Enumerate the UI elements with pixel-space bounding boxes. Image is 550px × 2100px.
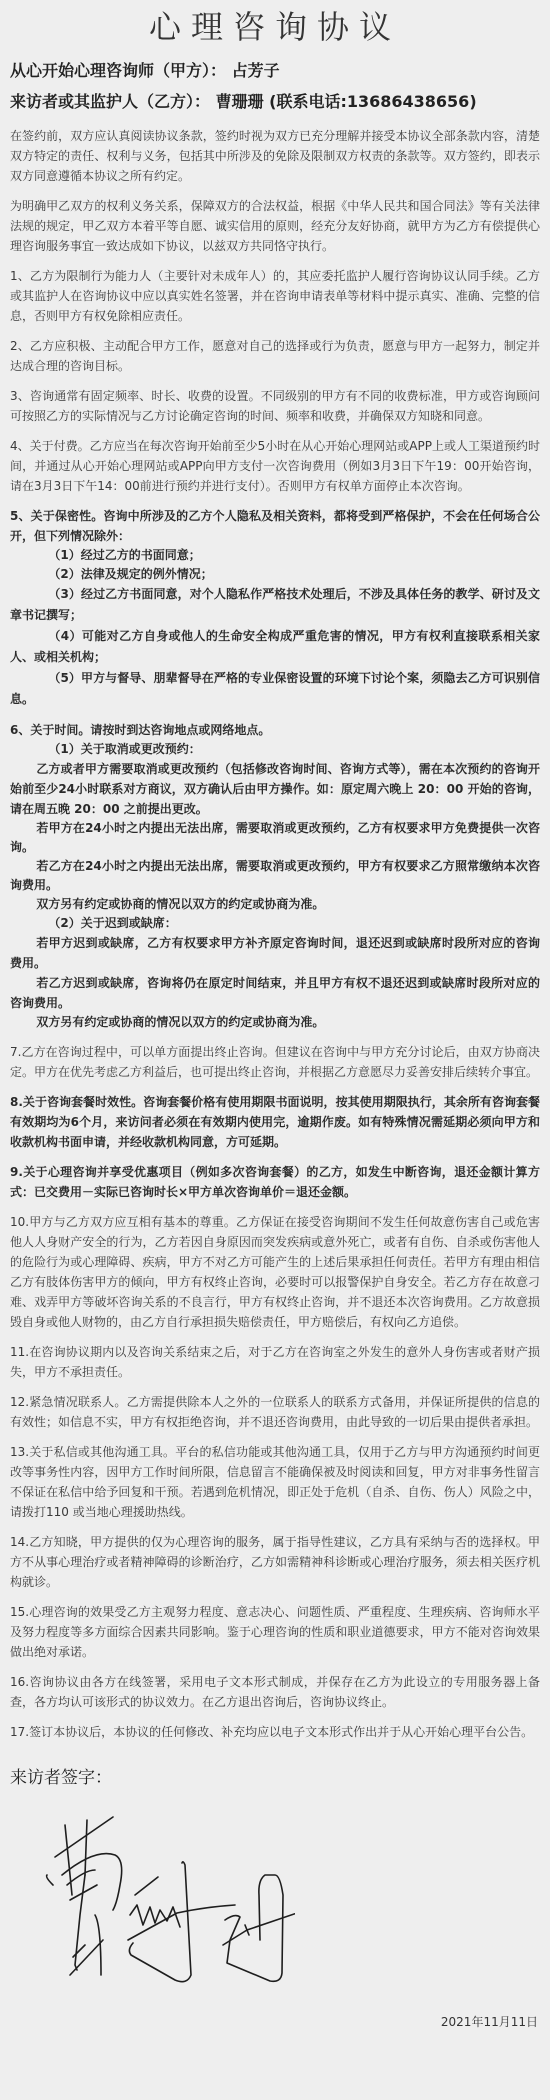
- agreement-document: 心理咨询协议 从心开始心理咨询师（甲方）： 占芳子 来访者或其监护人（乙方）： …: [0, 0, 550, 1790]
- clause-9-refund: 9.关于心理咨询并享受优惠项目（例如多次咨询套餐）的乙方，如发生中断咨询，退还金…: [10, 1162, 540, 1202]
- clause-12-emergency-contact: 12.紧急情况联系人。乙方需提供除本人之外的一位联系人的联系方式备用，并保证所提…: [10, 1392, 540, 1432]
- clause-14: 14.乙方知晓，甲方提供的仅为心理咨询的服务，属于指导性建议，乙方具有采纳与否的…: [10, 1532, 540, 1592]
- clause-6-sub-1-line-1: 乙方或者甲方需要取消或更改预约（包括修改咨询时间、咨询方式等），需在本次预约的咨…: [10, 759, 540, 819]
- clause-5-item-2: （2）法律及规定的例外情况；: [10, 565, 540, 584]
- clause-6-sub-1-line-3: 若乙方在24小时之内提出无法出席，需要取消或更改预约，甲方有权要求乙方照常缴纳本…: [10, 857, 540, 895]
- clause-3: 3、咨询通常有固定频率、时长、收费的设置。不同级别的甲方有不同的收费标准，甲方或…: [10, 386, 540, 426]
- clause-6-sub-2-line-3: 双方另有约定或协商的情况以双方的约定或协商为准。: [10, 1013, 540, 1032]
- signing-date: 2021年11月11日: [441, 2013, 538, 2030]
- client-signature-image: [25, 1815, 295, 1995]
- clause-6-sub-2-line-1: 若甲方迟到或缺席，乙方有权要求甲方补齐原定咨询时间，退还迟到或缺席时段所对应的咨…: [10, 933, 540, 973]
- clause-16: 16.咨询协议由各方在线签署，采用电子文本形式制成，并保存在乙方为此设立的专用服…: [10, 1672, 540, 1712]
- document-title: 心理咨询协议: [10, 0, 540, 50]
- clause-11: 11.在咨询协议期内以及咨询关系结束之后，对于乙方在咨询室之外发生的意外人身伤害…: [10, 1342, 540, 1382]
- clause-5-item-3: （3）经过乙方书面同意，对个人隐私作严格技术处理后，不涉及具体任务的教学、研讨及…: [10, 584, 540, 626]
- handwritten-signature-icon: [25, 1815, 295, 1995]
- clause-5-item-5: （5）甲方与督导、朋辈督导在严格的专业保密设置的环境下讨论个案，须隐去乙方可识别…: [10, 668, 540, 710]
- signature-label: 来访者签字：: [10, 1766, 540, 1790]
- intro-paragraph-2: 为明确甲乙双方的权利义务关系，保障双方的合法权益，根据《中华人民共和国合同法》等…: [10, 196, 540, 256]
- clause-6-time: 6、关于时间。请按时到达咨询地点或网络地点。 （1）关于取消或更改预约： 乙方或…: [10, 720, 540, 1032]
- clause-13-messaging: 13.关于私信或其他沟通工具。平台的私信功能或其他沟通工具，仅用于乙方与甲方沟通…: [10, 1442, 540, 1522]
- intro-paragraph-1: 在签约前，双方应认真阅读协议条款，签约时视为双方已充分理解并接受本协议全部条款内…: [10, 126, 540, 186]
- clause-15: 15.心理咨询的效果受乙方主观努力程度、意志决心、问题性质、严重程度、生理疾病、…: [10, 1602, 540, 1662]
- clause-6-heading: 6、关于时间。请按时到达咨询地点或网络地点。: [10, 720, 540, 740]
- clause-6-sub-2-line-2: 若乙方迟到或缺席，咨询将仍在原定时间结束，并且甲方有权不退还迟到或缺席时段所对应…: [10, 973, 540, 1013]
- clause-5-item-4: （4）可能对乙方自身或他人的生命安全构成严重危害的情况，甲方有权利直接联系相关家…: [10, 626, 540, 668]
- party-a-counselor: 从心开始心理咨询师（甲方）： 占芳子: [10, 60, 540, 82]
- clause-1: 1、乙方为限制行为能力人（主要针对未成年人）的，其应委托监护人履行咨询协议认同手…: [10, 266, 540, 326]
- clause-2: 2、乙方应积极、主动配合甲方工作，愿意对自己的选择或行为负责，愿意与甲方一起努力…: [10, 336, 540, 376]
- clause-6-sub-1-title: （1）关于取消或更改预约：: [10, 740, 540, 759]
- clause-6-sub-1-line-2: 若甲方在24小时之内提出无法出席，需要取消或更改预约，乙方有权要求甲方免费提供一…: [10, 819, 540, 857]
- clause-10: 10.甲方与乙方双方应互相有基本的尊重。乙方保证在接受咨询期间不发生任何故意伤害…: [10, 1212, 540, 1332]
- clause-7: 7.乙方在咨询过程中，可以单方面提出终止咨询。但建议在咨询中与甲方充分讨论后，由…: [10, 1042, 540, 1082]
- clause-6-sub-1-line-4: 双方另有约定或协商的情况以双方的约定或协商为准。: [10, 895, 540, 914]
- clause-5-confidentiality: 5、关于保密性。咨询中所涉及的乙方个人隐私及相关资料，都将受到严格保护，不会在任…: [10, 506, 540, 710]
- clause-8-package-validity: 8.关于咨询套餐时效性。咨询套餐价格有使用期限书面说明，按其使用期限执行，其余所…: [10, 1092, 540, 1152]
- clause-6-sub-2-title: （2）关于迟到或缺席：: [10, 914, 540, 933]
- clause-5-item-1: （1）经过乙方的书面同意；: [10, 546, 540, 565]
- clause-5-heading: 5、关于保密性。咨询中所涉及的乙方个人隐私及相关资料，都将受到严格保护，不会在任…: [10, 506, 540, 546]
- party-b-client: 来访者或其监护人（乙方）： 曹珊珊 (联系电话:13686438656): [10, 91, 540, 113]
- clause-17: 17.签订本协议后，本协议的任何修改、补充均应以电子文本形式作出并于从心开始心理…: [10, 1722, 540, 1742]
- clause-4-payment: 4、关于付费。乙方应当在每次咨询开始前至少5小时在从心开始心理网站或APP上或人…: [10, 436, 540, 496]
